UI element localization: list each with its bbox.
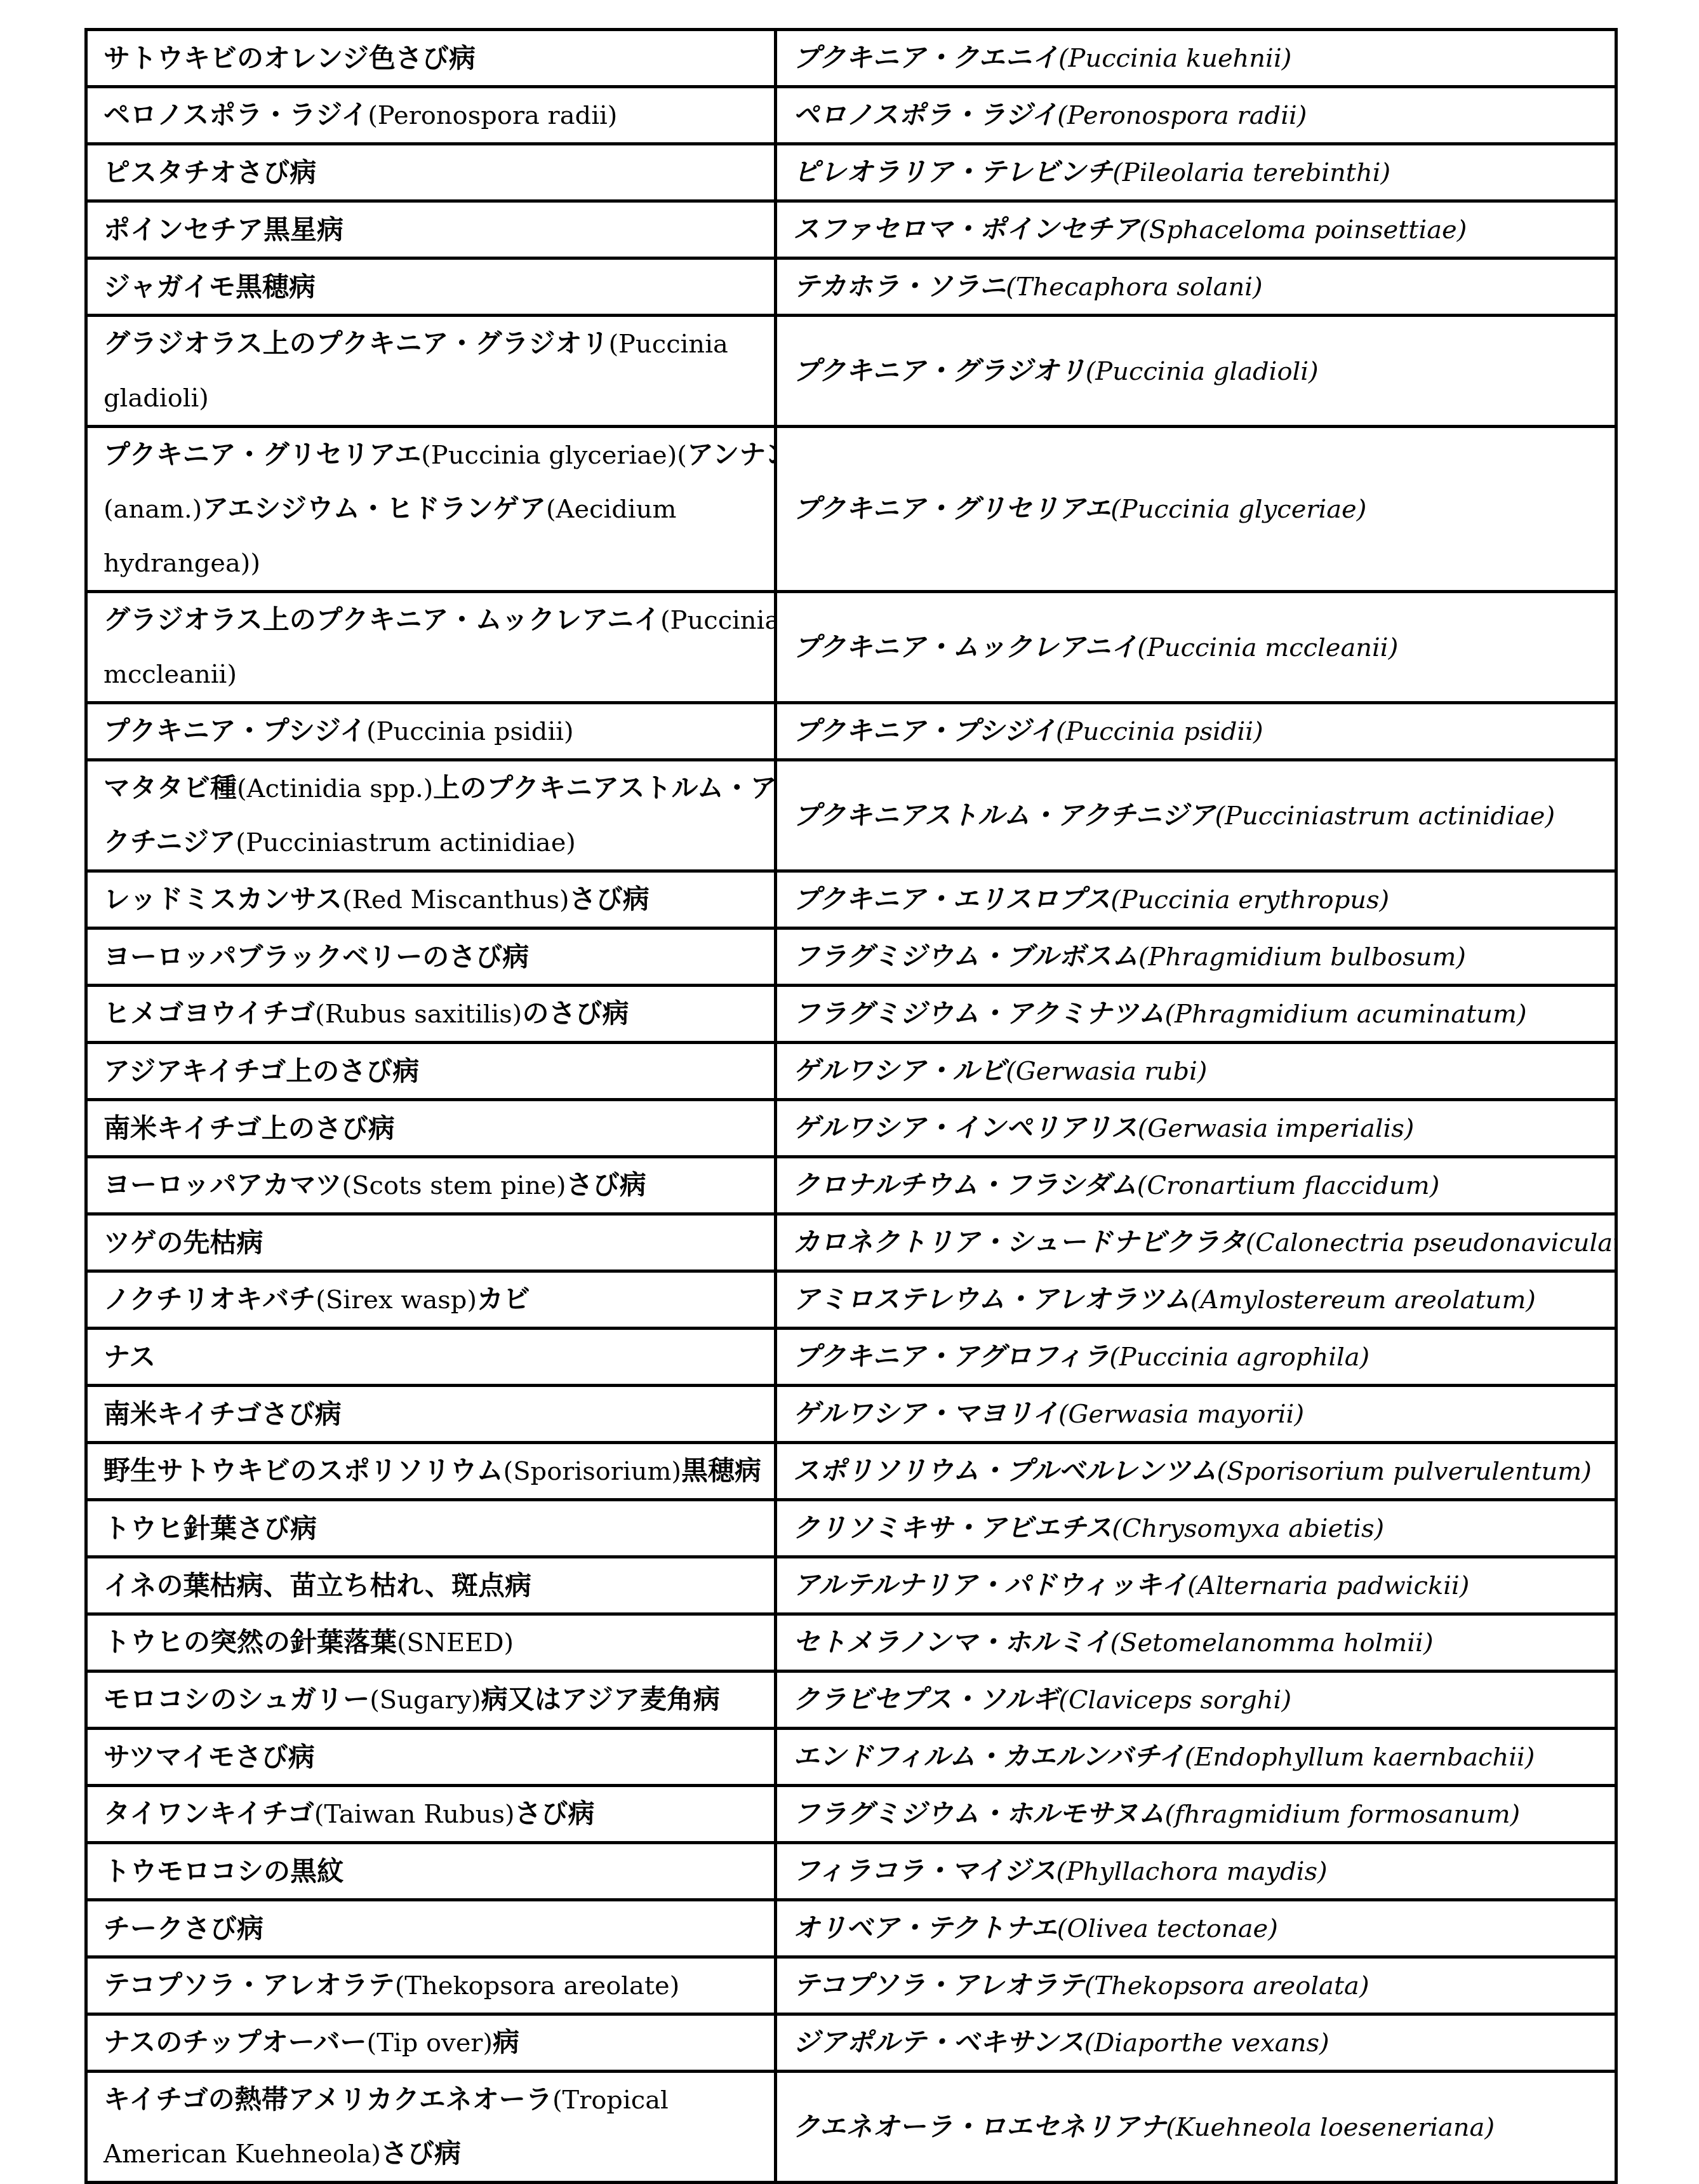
japanese-text: 病	[493, 2027, 519, 2058]
table-row: モロコシのシュガリー(Sugary)病又はアジア麦角病クラビセプス・ソルギ(Cl…	[86, 1671, 1616, 1729]
table-row: ヒメゴヨウイチゴ(Rubus saxitilis)のさび病フラグミジウム・アクミ…	[86, 986, 1616, 1043]
table-row: テコプソラ・アレオラテ(Thekopsora areolate)テコプソラ・アレ…	[86, 1957, 1616, 2014]
japanese-text: プクキニア・ムックレアニイ	[793, 631, 1137, 662]
japanese-text: プクキニア・クエニイ	[793, 42, 1058, 73]
japanese-text: マタタビ種	[103, 772, 237, 803]
japanese-text: レッドミスカンサス	[103, 883, 342, 914]
pathogen-cell: セトメラノンマ・ホルミイ(Setomelanomma holmii)	[776, 1614, 1616, 1671]
disease-cell: ピスタチオさび病	[86, 144, 776, 201]
disease-cell: チークさび病	[86, 1900, 776, 1957]
latin-text: (Kuehneola loeseneriana)	[1166, 2113, 1495, 2142]
pathogen-cell: クロナルチウム・フラシダム(Cronartium flaccidum)	[776, 1157, 1616, 1214]
disease-cell: トウヒの突然の針葉落葉(SNEED)	[86, 1614, 776, 1671]
japanese-text: プクキニア・アグロフィラ	[793, 1341, 1109, 1372]
table-row: 南米キイチゴ上のさび病ゲルワシア・インペリアリス(Gerwasia imperi…	[86, 1100, 1616, 1157]
disease-cell: ヒメゴヨウイチゴ(Rubus saxitilis)のさび病	[86, 986, 776, 1043]
pathogen-cell: ピレオラリア・テレビンチ(Pileolaria terebinthi)	[776, 144, 1616, 201]
latin-text: (Calonectria pseudonaviculata)	[1246, 1228, 1616, 1257]
japanese-text: ポインセチア黒星病	[103, 214, 343, 245]
japanese-text: さび病	[515, 1798, 595, 1829]
japanese-text: アルテルナリア・パドウィッキイ	[793, 1569, 1187, 1600]
disease-cell: プクキニア・プシジイ(Puccinia psidii)	[86, 703, 776, 760]
disease-cell: ジャガイモ黒穂病	[86, 258, 776, 316]
table-row: ナスプクキニア・アグロフィラ(Puccinia agrophila)	[86, 1329, 1616, 1386]
japanese-text: チークさび病	[103, 1913, 263, 1944]
disease-cell: ツゲの先枯病	[86, 1214, 776, 1271]
japanese-text: さび病	[570, 883, 650, 914]
japanese-text: プクキニア・グラジオリ	[793, 355, 1086, 386]
japanese-text: 黒穂病	[681, 1455, 761, 1486]
latin-text: (Thecaphora solani)	[1006, 272, 1263, 302]
latin-text: (Sirex wasp)	[316, 1285, 477, 1315]
pathogen-cell: フラグミジウム・アクミナツム(Phragmidium acuminatum)	[776, 986, 1616, 1043]
latin-text: (Pileolaria terebinthi)	[1112, 158, 1390, 187]
japanese-text: プクキニア・プシジイ	[793, 715, 1056, 746]
latin-text: gladioli)	[103, 384, 209, 413]
table-row: ペロノスポラ・ラジイ(Peronospora radii)ペロノスポラ・ラジイ(…	[86, 87, 1616, 144]
pathogen-cell: クラビセプス・ソルギ(Claviceps sorghi)	[776, 1671, 1616, 1729]
table-row: ナスのチップオーバー(Tip over)病ジアポルテ・ベキサンス(Diaport…	[86, 2014, 1616, 2072]
table-body: サトウキビのオレンジ色さび病プクキニア・クエニイ(Puccinia kuehni…	[86, 30, 1616, 2183]
pathogen-cell: アミロステレウム・アレオラツム(Amylostereum areolatum)	[776, 1271, 1616, 1329]
japanese-text: トウモロコシの黒紋	[103, 1856, 343, 1887]
latin-text: (Olivea tectonae)	[1057, 1914, 1278, 1943]
latin-text: (Puccinia agrophila)	[1109, 1343, 1369, 1372]
disease-cell: ノクチリオキバチ(Sirex wasp)カビ	[86, 1271, 776, 1329]
latin-text: (Phragmidium bulbosum)	[1138, 942, 1466, 972]
latin-text: (Thekopsora areolate)	[395, 1971, 680, 2000]
japanese-text: ピスタチオさび病	[103, 157, 316, 188]
japanese-text: エンドフィルム・カエルンバチイ	[793, 1741, 1185, 1772]
disease-cell: ヨーロッパアカマツ(Scots stem pine)さび病	[86, 1157, 776, 1214]
japanese-text: クリソミキサ・アビエチス	[793, 1512, 1112, 1543]
latin-text: (anam.)	[103, 495, 202, 524]
japanese-text: ゲルワシア・マヨリイ	[793, 1398, 1058, 1429]
pathogen-cell: ジアポルテ・ベキサンス(Diaporthe vexans)	[776, 2014, 1616, 2072]
latin-text: (SNEED)	[397, 1628, 514, 1658]
japanese-text: プクキニア・グリセリアエ	[793, 493, 1110, 524]
latin-text: (Setomelanomma holmii)	[1110, 1628, 1433, 1658]
latin-text: (Pucciniastrum actinidiae)	[236, 828, 576, 857]
japanese-text: クエネオーラ・ロエセネリアナ	[793, 2111, 1166, 2142]
japanese-text: フィラコラ・マイジス	[793, 1855, 1056, 1886]
japanese-text: オリベア・テクトナエ	[793, 1912, 1057, 1943]
latin-text: (Puccinia glyceriae)(	[421, 441, 687, 470]
pathogen-cell: プクキニア・プシジイ(Puccinia psidii)	[776, 703, 1616, 760]
pathogen-cell: プクキニア・グラジオリ(Puccinia gladioli)	[776, 316, 1616, 427]
disease-cell: タイワンキイチゴ(Taiwan Rubus)さび病	[86, 1786, 776, 1843]
japanese-text: タイワンキイチゴ	[103, 1798, 314, 1829]
latin-text: (Phyllachora maydis)	[1056, 1857, 1328, 1886]
japanese-text: ノクチリオキバチ	[103, 1283, 316, 1315]
pathogen-cell: ゲルワシア・インペリアリス(Gerwasia imperialis)	[776, 1100, 1616, 1157]
latin-text: (Puccinia erythropus)	[1110, 885, 1389, 914]
pathogen-cell: フラグミジウム・ブルボスム(Phragmidium bulbosum)	[776, 928, 1616, 986]
latin-text: (Amylostereum areolatum)	[1190, 1285, 1536, 1315]
disease-cell: テコプソラ・アレオラテ(Thekopsora areolate)	[86, 1957, 776, 2014]
disease-cell: モロコシのシュガリー(Sugary)病又はアジア麦角病	[86, 1671, 776, 1729]
pathogen-cell: プクキニア・エリスロプス(Puccinia erythropus)	[776, 871, 1616, 928]
japanese-text: ジャガイモ黒穂病	[103, 271, 316, 302]
latin-text: (Actinidia spp.)	[237, 774, 433, 803]
table-row: トウヒ針葉さび病クリソミキサ・アビエチス(Chrysomyxa abietis)	[86, 1500, 1616, 1557]
disease-cell: ヨーロッパブラックベリーのさび病	[86, 928, 776, 986]
table-row: グラジオラス上のプクキニア・ムックレアニイ(Puccinia mccleanii…	[86, 592, 1616, 703]
japanese-text: アミロステレウム・アレオラツム	[793, 1283, 1190, 1315]
latin-text: (Tropical	[552, 2086, 669, 2115]
disease-cell: キイチゴの熱帯アメリカクエネオーラ(Tropical American Kueh…	[86, 2072, 776, 2183]
japanese-text: トウヒの突然の針葉落葉	[103, 1626, 397, 1658]
latin-text: (fhragmidium formosanum)	[1164, 1800, 1520, 1829]
disease-cell: 野生サトウキビのスポリソリウム(Sporisorium)黒穂病	[86, 1443, 776, 1500]
japanese-text: 南米キイチゴさび病	[103, 1398, 342, 1430]
pathogen-cell: アルテルナリア・パドウィッキイ(Alternaria padwickii)	[776, 1557, 1616, 1614]
disease-cell: サトウキビのオレンジ色さび病	[86, 30, 776, 87]
disease-cell: サツマイモさび病	[86, 1729, 776, 1786]
japanese-text: アエシジウム・ヒドランゲア	[202, 493, 546, 524]
table-row: 野生サトウキビのスポリソリウム(Sporisorium)黒穂病スポリソリウム・プ…	[86, 1443, 1616, 1500]
table-row: チークさび病オリベア・テクトナエ(Olivea tectonae)	[86, 1900, 1616, 1957]
pathogen-cell: オリベア・テクトナエ(Olivea tectonae)	[776, 1900, 1616, 1957]
latin-text: (Chrysomyxa abietis)	[1112, 1514, 1384, 1543]
pathogen-cell: ゲルワシア・マヨリイ(Gerwasia mayorii)	[776, 1386, 1616, 1443]
latin-text: (Scots stem pine)	[342, 1171, 566, 1200]
japanese-text: セトメラノンマ・ホルミイ	[793, 1626, 1110, 1658]
japanese-text: スファセロマ・ポインセチア	[793, 213, 1139, 245]
latin-text: (Pucciniastrum actinidiae)	[1215, 801, 1555, 831]
japanese-text: アジアキイチゴ上のさび病	[103, 1055, 419, 1087]
japanese-text: プクキニア・エリスロプス	[793, 883, 1110, 914]
disease-cell: ポインセチア黒星病	[86, 201, 776, 258]
table-row: ヨーロッパアカマツ(Scots stem pine)さび病クロナルチウム・フラシ…	[86, 1157, 1616, 1214]
table-row: トウヒの突然の針葉落葉(SNEED)セトメラノンマ・ホルミイ(Setomelan…	[86, 1614, 1616, 1671]
latin-text: (Endophyllum kaernbachii)	[1185, 1743, 1535, 1772]
japanese-text: 南米キイチゴ上のさび病	[103, 1113, 395, 1144]
latin-text: American Kuehneola)	[103, 2140, 381, 2169]
disease-cell: イネの葉枯病、苗立ち枯れ、斑点病	[86, 1557, 776, 1614]
table-row: アジアキイチゴ上のさび病ゲルワシア・ルビ(Gerwasia rubi)	[86, 1043, 1616, 1100]
latin-text: (Puccinia gladioli)	[1086, 357, 1319, 386]
latin-text: (Aecidium	[546, 495, 676, 524]
pathogen-cell: カロネクトリア・シュードナビクラタ(Calonectria pseudonavi…	[776, 1214, 1616, 1271]
latin-text: (Sporisorium pulverulentum)	[1216, 1457, 1591, 1486]
pathogen-cell: クエネオーラ・ロエセネリアナ(Kuehneola loeseneriana)	[776, 2072, 1616, 2183]
latin-text: (Gerwasia mayorii)	[1058, 1400, 1304, 1429]
japanese-text: サツマイモさび病	[103, 1741, 315, 1772]
pathogen-cell: フィラコラ・マイジス(Phyllachora maydis)	[776, 1843, 1616, 1900]
japanese-text: グラジオラス上のプクキニア・ムックレアニイ	[103, 604, 660, 635]
pathogen-cell: プクキニア・クエニイ(Puccinia kuehnii)	[776, 30, 1616, 87]
disease-cell: プクキニア・グリセリアエ(Puccinia glyceriae)(アンナン (a…	[86, 427, 776, 592]
latin-text: (Peronospora radii)	[368, 101, 617, 130]
japanese-text: ヒメゴヨウイチゴ	[103, 998, 315, 1029]
latin-text: hydrangea))	[103, 549, 260, 578]
pathogen-cell: スファセロマ・ポインセチア(Sphaceloma poinsettiae)	[776, 201, 1616, 258]
japanese-text: イネの葉枯病、苗立ち枯れ、斑点病	[103, 1570, 531, 1601]
japanese-text: 病又はアジア麦角病	[481, 1684, 720, 1715]
japanese-text: サトウキビのオレンジ色さび病	[103, 43, 476, 74]
disease-cell: トウモロコシの黒紋	[86, 1843, 776, 1900]
japanese-text: さび病	[566, 1169, 646, 1200]
document-page: サトウキビのオレンジ色さび病プクキニア・クエニイ(Puccinia kuehni…	[0, 0, 1699, 2183]
table-row: マタタビ種(Actinidia spp.)上のプクキニアストルム・ア クチニジア…	[86, 760, 1616, 871]
japanese-text: トウヒ針葉さび病	[103, 1513, 317, 1544]
latin-text: (Cronartium flaccidum)	[1137, 1171, 1439, 1200]
pathogen-cell: プクキニアストルム・アクチニジア(Pucciniastrum actinidia…	[776, 760, 1616, 871]
disease-cell: ペロノスポラ・ラジイ(Peronospora radii)	[86, 87, 776, 144]
japanese-text: ペロノスポラ・ラジイ	[793, 99, 1057, 130]
pathogen-cell: プクキニア・ムックレアニイ(Puccinia mccleanii)	[776, 592, 1616, 703]
japanese-text: フラグミジウム・ブルボスム	[793, 941, 1138, 972]
latin-text: (Puccinia	[608, 330, 728, 359]
japanese-text: ツゲの先枯病	[103, 1227, 263, 1258]
japanese-text: プクキニアストルム・アクチニジア	[793, 800, 1215, 831]
japanese-text: アンナン	[687, 439, 776, 470]
japanese-text: フラグミジウム・ホルモサヌム	[793, 1798, 1164, 1829]
latin-text: mccleanii)	[103, 660, 237, 689]
latin-text: (Sugary)	[370, 1685, 481, 1715]
pathogen-cell: プクキニア・アグロフィラ(Puccinia agrophila)	[776, 1329, 1616, 1386]
japanese-text: モロコシのシュガリー	[103, 1684, 370, 1715]
table-row: トウモロコシの黒紋フィラコラ・マイジス(Phyllachora maydis)	[86, 1843, 1616, 1900]
disease-cell: 南米キイチゴ上のさび病	[86, 1100, 776, 1157]
table-row: ジャガイモ黒穂病テカホラ・ソラニ(Thecaphora solani)	[86, 258, 1616, 316]
japanese-text: ゲルワシア・ルビ	[793, 1055, 1006, 1086]
table-row: 南米キイチゴさび病ゲルワシア・マヨリイ(Gerwasia mayorii)	[86, 1386, 1616, 1443]
latin-text: (Gerwasia rubi)	[1006, 1057, 1207, 1086]
japanese-text: クロナルチウム・フラシダム	[793, 1169, 1137, 1200]
japanese-text: ペロノスポラ・ラジイ	[103, 99, 368, 130]
japanese-text: さび病	[381, 2138, 461, 2169]
japanese-text: カビ	[477, 1283, 530, 1315]
pathogen-cell: プクキニア・グリセリアエ(Puccinia glyceriae)	[776, 427, 1616, 592]
disease-cell: レッドミスカンサス(Red Miscanthus)さび病	[86, 871, 776, 928]
table-row: ヨーロッパブラックベリーのさび病フラグミジウム・ブルボスム(Phragmidiu…	[86, 928, 1616, 986]
latin-text: (Puccinia psidii)	[366, 717, 574, 746]
pathogen-cell: ペロノスポラ・ラジイ(Peronospora radii)	[776, 87, 1616, 144]
latin-text: (Rubus saxitilis)	[315, 1000, 522, 1029]
japanese-text: プクキニア・グリセリアエ	[103, 439, 421, 470]
pathogen-cell: フラグミジウム・ホルモサヌム(fhragmidium formosanum)	[776, 1786, 1616, 1843]
japanese-text: ナス	[103, 1341, 156, 1372]
japanese-text: カロネクトリア・シュードナビクラタ	[793, 1226, 1246, 1257]
disease-cell: グラジオラス上のプクキニア・ムックレアニイ(Puccinia mccleanii…	[86, 592, 776, 703]
table-row: ポインセチア黒星病スファセロマ・ポインセチア(Sphaceloma poinse…	[86, 201, 1616, 258]
latin-text: (Taiwan Rubus)	[314, 1800, 515, 1829]
table-row: サツマイモさび病エンドフィルム・カエルンバチイ(Endophyllum kaer…	[86, 1729, 1616, 1786]
table-row: ノクチリオキバチ(Sirex wasp)カビアミロステレウム・アレオラツム(Am…	[86, 1271, 1616, 1329]
pathogen-cell: クリソミキサ・アビエチス(Chrysomyxa abietis)	[776, 1500, 1616, 1557]
latin-text: (Sphaceloma poinsettiae)	[1139, 215, 1467, 245]
latin-text: (Claviceps sorghi)	[1058, 1685, 1291, 1715]
table-row: プクキニア・グリセリアエ(Puccinia glyceriae)(アンナン (a…	[86, 427, 1616, 592]
latin-text: (Peronospora radii)	[1057, 101, 1307, 130]
japanese-text: ゲルワシア・インペリアリス	[793, 1112, 1138, 1143]
latin-text: (Phragmidium acuminatum)	[1164, 1000, 1526, 1029]
table-row: キイチゴの熱帯アメリカクエネオーラ(Tropical American Kueh…	[86, 2072, 1616, 2183]
latin-text: (Puccinia psidii)	[1056, 717, 1263, 746]
table-row: タイワンキイチゴ(Taiwan Rubus)さび病フラグミジウム・ホルモサヌム(…	[86, 1786, 1616, 1843]
disease-cell: グラジオラス上のプクキニア・グラジオリ(Puccinia gladioli)	[86, 316, 776, 427]
japanese-text: ピレオラリア・テレビンチ	[793, 156, 1112, 187]
disease-cell: 南米キイチゴさび病	[86, 1386, 776, 1443]
table-row: ツゲの先枯病カロネクトリア・シュードナビクラタ(Calonectria pseu…	[86, 1214, 1616, 1271]
japanese-text: のさび病	[522, 998, 629, 1029]
latin-text: (Puccinia	[660, 606, 776, 635]
latin-text: (Puccinia kuehnii)	[1058, 44, 1291, 73]
pathogen-cell: スポリソリウム・プルベルレンツム(Sporisorium pulverulent…	[776, 1443, 1616, 1500]
latin-text: (Sporisorium)	[503, 1457, 681, 1486]
japanese-text: グラジオラス上のプクキニア・グラジオリ	[103, 328, 608, 359]
pathogen-cell: エンドフィルム・カエルンバチイ(Endophyllum kaernbachii)	[776, 1729, 1616, 1786]
table-row: プクキニア・プシジイ(Puccinia psidii)プクキニア・プシジイ(Pu…	[86, 703, 1616, 760]
pathogen-cell: テコプソラ・アレオラテ(Thekopsora areolata)	[776, 1957, 1616, 2014]
latin-text: (Gerwasia imperialis)	[1138, 1114, 1415, 1143]
pathogen-cell: テカホラ・ソラニ(Thecaphora solani)	[776, 258, 1616, 316]
japanese-text: クラビセプス・ソルギ	[793, 1684, 1058, 1715]
table-row: レッドミスカンサス(Red Miscanthus)さび病プクキニア・エリスロプス…	[86, 871, 1616, 928]
table-row: ピスタチオさび病ピレオラリア・テレビンチ(Pileolaria terebint…	[86, 144, 1616, 201]
japanese-text: ヨーロッパブラックベリーのさび病	[103, 941, 529, 972]
japanese-text: ヨーロッパアカマツ	[103, 1169, 342, 1200]
japanese-text: ジアポルテ・ベキサンス	[793, 2027, 1084, 2058]
latin-text: (Thekopsora areolata)	[1084, 1971, 1369, 2000]
japanese-text: テカホラ・ソラニ	[793, 271, 1006, 302]
latin-text: (Red Miscanthus)	[342, 885, 570, 914]
disease-pathogen-table: サトウキビのオレンジ色さび病プクキニア・クエニイ(Puccinia kuehni…	[84, 28, 1618, 2184]
japanese-text: キイチゴの熱帯アメリカクエネオーラ	[103, 2084, 552, 2115]
pathogen-cell: ゲルワシア・ルビ(Gerwasia rubi)	[776, 1043, 1616, 1100]
japanese-text: ナスのチップオーバー	[103, 2027, 367, 2058]
table-row: グラジオラス上のプクキニア・グラジオリ(Puccinia gladioli)プク…	[86, 316, 1616, 427]
japanese-text: フラグミジウム・アクミナツム	[793, 998, 1164, 1029]
latin-text: (Diaporthe vexans)	[1084, 2028, 1329, 2058]
japanese-text: 野生サトウキビのスポリソリウム	[103, 1455, 503, 1486]
disease-cell: トウヒ針葉さび病	[86, 1500, 776, 1557]
table-row: イネの葉枯病、苗立ち枯れ、斑点病アルテルナリア・パドウィッキイ(Alternar…	[86, 1557, 1616, 1614]
japanese-text: テコプソラ・アレオラテ	[793, 1969, 1084, 2000]
disease-cell: ナスのチップオーバー(Tip over)病	[86, 2014, 776, 2072]
japanese-text: プクキニア・プシジイ	[103, 715, 366, 746]
latin-text: (Alternaria padwickii)	[1187, 1571, 1469, 1600]
japanese-text: スポリソリウム・プルベルレンツム	[793, 1455, 1216, 1486]
latin-text: (Tip over)	[367, 2028, 493, 2058]
latin-text: (Puccinia glyceriae)	[1110, 495, 1366, 524]
table-row: サトウキビのオレンジ色さび病プクキニア・クエニイ(Puccinia kuehni…	[86, 30, 1616, 87]
disease-cell: ナス	[86, 1329, 776, 1386]
disease-cell: マタタビ種(Actinidia spp.)上のプクキニアストルム・ア クチニジア…	[86, 760, 776, 871]
latin-text: (Puccinia mccleanii)	[1137, 633, 1398, 662]
disease-cell: アジアキイチゴ上のさび病	[86, 1043, 776, 1100]
japanese-text: テコプソラ・アレオラテ	[103, 1969, 395, 2000]
